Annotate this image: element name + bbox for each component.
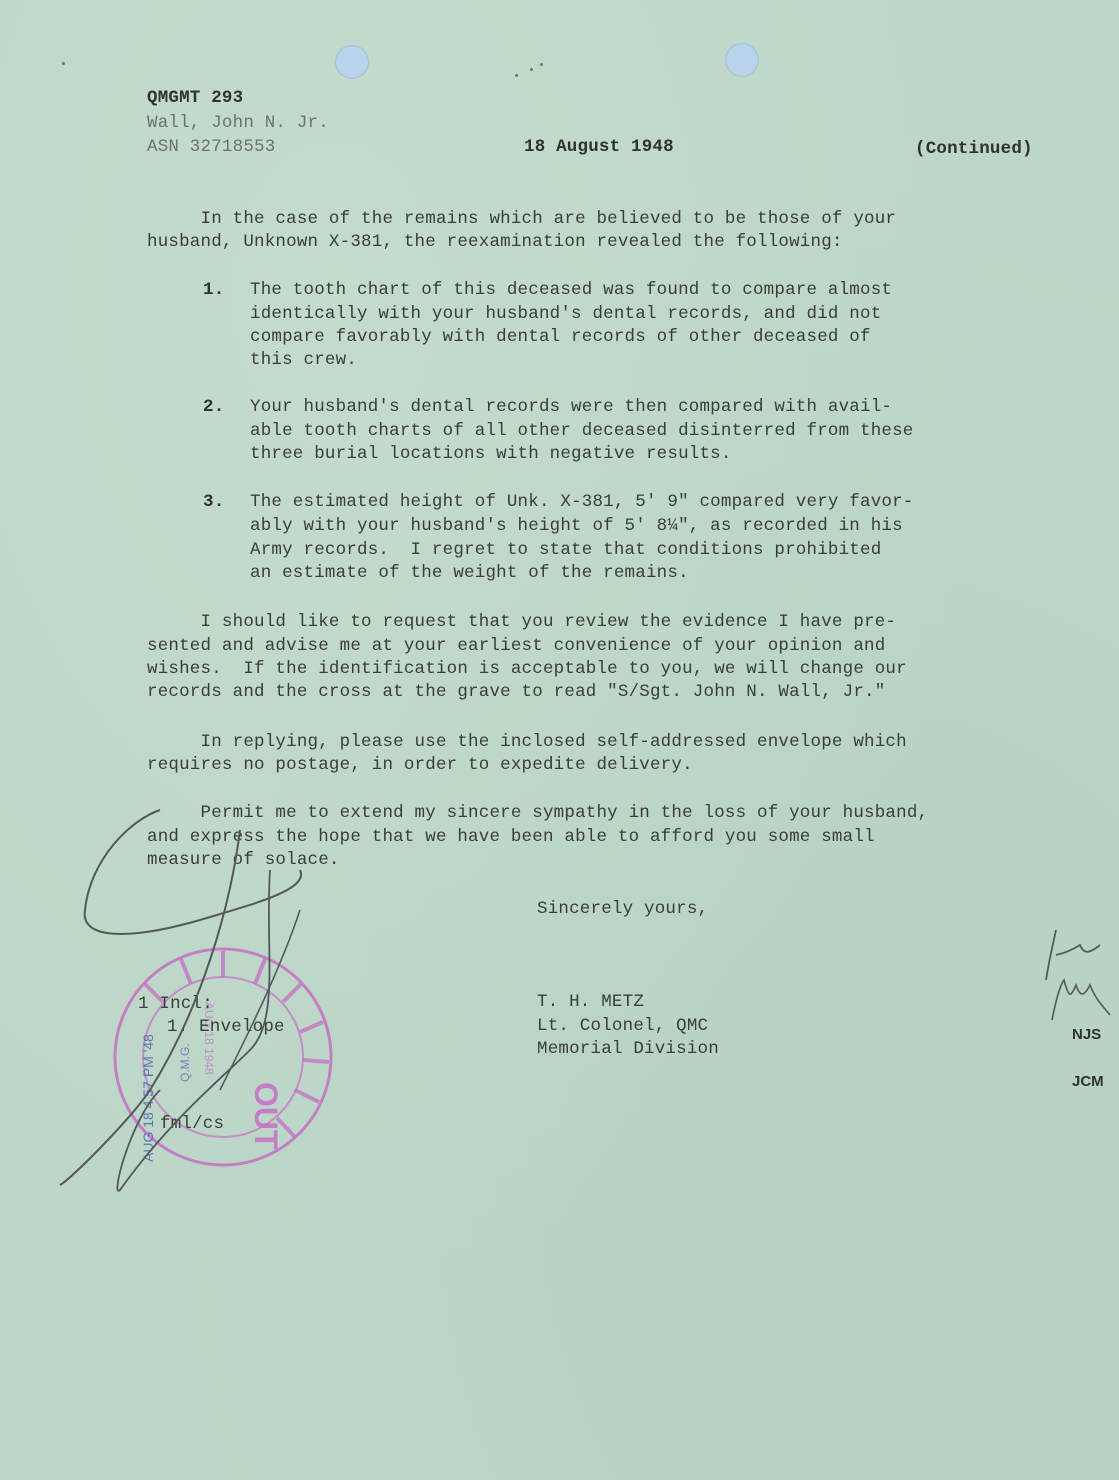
finding-line: compare favorably with dental records of… [250, 326, 871, 350]
reference-initials: fml/cs [160, 1113, 224, 1137]
finding-line: The estimated height of Unk. X-381, 5' 9… [250, 491, 914, 515]
punch-hole-right [725, 43, 759, 77]
sympathy-line: measure of solace. [147, 849, 340, 873]
intro-line: In the case of the remains which are bel… [147, 208, 896, 232]
enclosure-item: 1. Envelope [167, 1016, 285, 1040]
stamp-qmg-text: Q.M.G. [178, 1043, 192, 1082]
finding-line: Your husband's dental records were then … [250, 396, 892, 420]
stamp-out-text: OUT [248, 1082, 284, 1150]
finding-number: 3. [203, 491, 224, 515]
service-number: ASN 32718553 [147, 136, 275, 160]
letter-date: 18 August 1948 [524, 136, 674, 160]
request-line: records and the cross at the grave to re… [147, 681, 885, 705]
ink-speck [515, 74, 518, 77]
signer-name: T. H. METZ [537, 991, 644, 1015]
enclosure-label: 1 Incl: [138, 993, 213, 1017]
punch-hole-left [335, 45, 369, 79]
finding-number: 2. [203, 396, 224, 420]
ink-speck [540, 63, 543, 66]
initials-jcm: JCM [1072, 1073, 1104, 1090]
blue-time-stamp: AUG 18 4 57 PM '48 [140, 1034, 156, 1162]
finding-line: Army records. I regret to state that con… [250, 539, 881, 563]
finding-line: The tooth chart of this deceased was fou… [250, 279, 892, 303]
file-code: QMGMT 293 [147, 87, 243, 111]
deceased-name: Wall, John N. Jr. [147, 112, 329, 136]
received-stamp: OUT AUG 18 1948 AUG 18 4 57 PM '48 Q.M.G… [105, 932, 340, 1182]
intro-line: husband, Unknown X-381, the reexaminatio… [147, 231, 843, 255]
request-line: I should like to request that you review… [147, 611, 896, 635]
sympathy-line: and express the hope that we have been a… [147, 826, 875, 850]
reply-line: In replying, please use the inclosed sel… [147, 731, 907, 755]
request-line: wishes. If the identification is accepta… [147, 658, 907, 682]
finding-line: three burial locations with negative res… [250, 443, 732, 467]
sympathy-line: Permit me to extend my sincere sympathy … [147, 802, 928, 826]
signer-division: Memorial Division [537, 1038, 719, 1062]
finding-line: identically with your husband's dental r… [250, 303, 881, 327]
request-line: sented and advise me at your earliest co… [147, 635, 885, 659]
finding-line: this crew. [250, 349, 357, 373]
finding-line: an estimate of the weight of the remains… [250, 562, 689, 586]
salutation: Sincerely yours, [537, 898, 708, 922]
ink-speck [62, 62, 65, 65]
finding-number: 1. [203, 279, 224, 303]
reply-line: requires no postage, in order to expedit… [147, 754, 693, 778]
finding-line: able tooth charts of all other deceased … [250, 420, 914, 444]
finding-line: ably with your husband's height of 5' 8¼… [250, 515, 903, 539]
initials-njs: NJS [1072, 1026, 1101, 1043]
ink-speck [530, 68, 533, 71]
continued-label: (Continued) [915, 138, 1033, 162]
signer-title: Lt. Colonel, QMC [537, 1015, 708, 1039]
